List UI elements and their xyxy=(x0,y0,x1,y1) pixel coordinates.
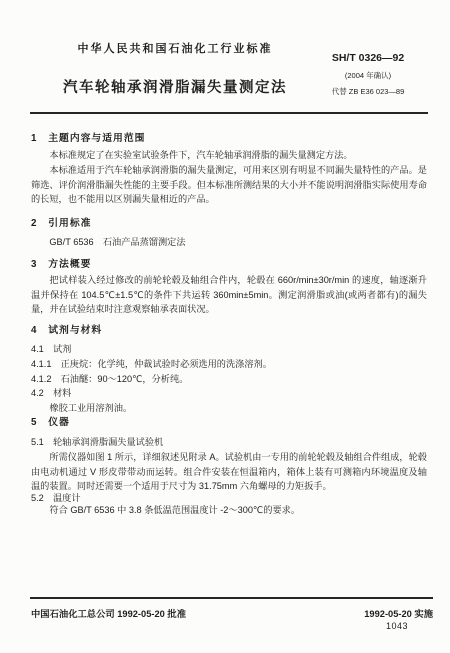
section-1-paragraph: 本标准适用于汽车轮轴承润滑脂的漏失量测定，可用来区别有明显不同漏失量特性的产品。… xyxy=(31,163,427,207)
document-title: 汽车轮轴承润滑脂漏失量测定法 xyxy=(30,76,320,97)
section-1-heading: 1 主题内容与适用范围 xyxy=(31,130,427,144)
replaces-note: 代替 ZB E36 023—89 xyxy=(321,86,415,97)
clause-4-2: 4.2 材料 xyxy=(31,386,427,400)
clause-4-1-2: 4.1.2 石油醚：90～120℃，分析纯。 xyxy=(31,372,427,386)
header-right-block: SH/T 0326—92 (2004 年确认) 代替 ZB E36 023—89 xyxy=(321,52,415,97)
footer-divider-rule xyxy=(30,597,433,599)
section-1-paragraph: 本标准规定了在实验室试验条件下，汽车轮轴承润滑脂的漏失量测定方法。 xyxy=(31,148,427,163)
section-5-heading: 5 仪器 xyxy=(31,414,427,428)
confirmation-note: (2004 年确认) xyxy=(321,70,415,81)
implementation-note: 1992-05-20 实施 xyxy=(364,606,433,620)
clause-4-2-paragraph: 橡胶工业用溶剂油。 xyxy=(31,401,427,415)
section-4-heading: 4 试剂与材料 xyxy=(31,322,427,336)
clause-4-1-1: 4.1.1 正庚烷：化学纯，仲裁试验时必须选用的洗涤溶剂。 xyxy=(31,357,427,371)
clause-5-1: 5.1 轮轴承润滑脂漏失量试验机 xyxy=(31,435,427,449)
clause-5-1-paragraph: 所需仪器如图 1 所示，详细叙述见附录 A。试验机由一专用的前轮轮毂及轴组合件组… xyxy=(31,450,427,494)
standard-number: SH/T 0326—92 xyxy=(321,52,415,64)
section-3-paragraph: 把试样装入经过修改的前轮轮毂及轴组合件内，轮毂在 660r/min±30r/mi… xyxy=(31,273,427,317)
section-2-heading: 2 引用标准 xyxy=(31,215,427,229)
footer-row: 中国石油化工总公司 1992-05-20 批准 1992-05-20 实施 xyxy=(31,606,433,620)
clause-4-1: 4.1 试剂 xyxy=(31,342,427,356)
section-3-heading: 3 方法概要 xyxy=(31,256,427,270)
issuing-org-line: 中华人民共和国石油化工行业标准 xyxy=(30,40,320,56)
approval-note: 中国石油化工总公司 1992-05-20 批准 xyxy=(31,606,186,620)
standard-document-page: 中华人民共和国石油化工行业标准 汽车轮轴承润滑脂漏失量测定法 SH/T 0326… xyxy=(0,0,450,653)
header-divider-rule xyxy=(30,112,428,114)
page-number: 1043 xyxy=(386,621,408,631)
clause-5-2-paragraph: 符合 GB/T 6536 中 3.8 条低温范围温度计 -2～300℃的要求。 xyxy=(31,503,427,517)
section-2-reference: GB/T 6536 石油产品蒸馏测定法 xyxy=(31,235,427,249)
